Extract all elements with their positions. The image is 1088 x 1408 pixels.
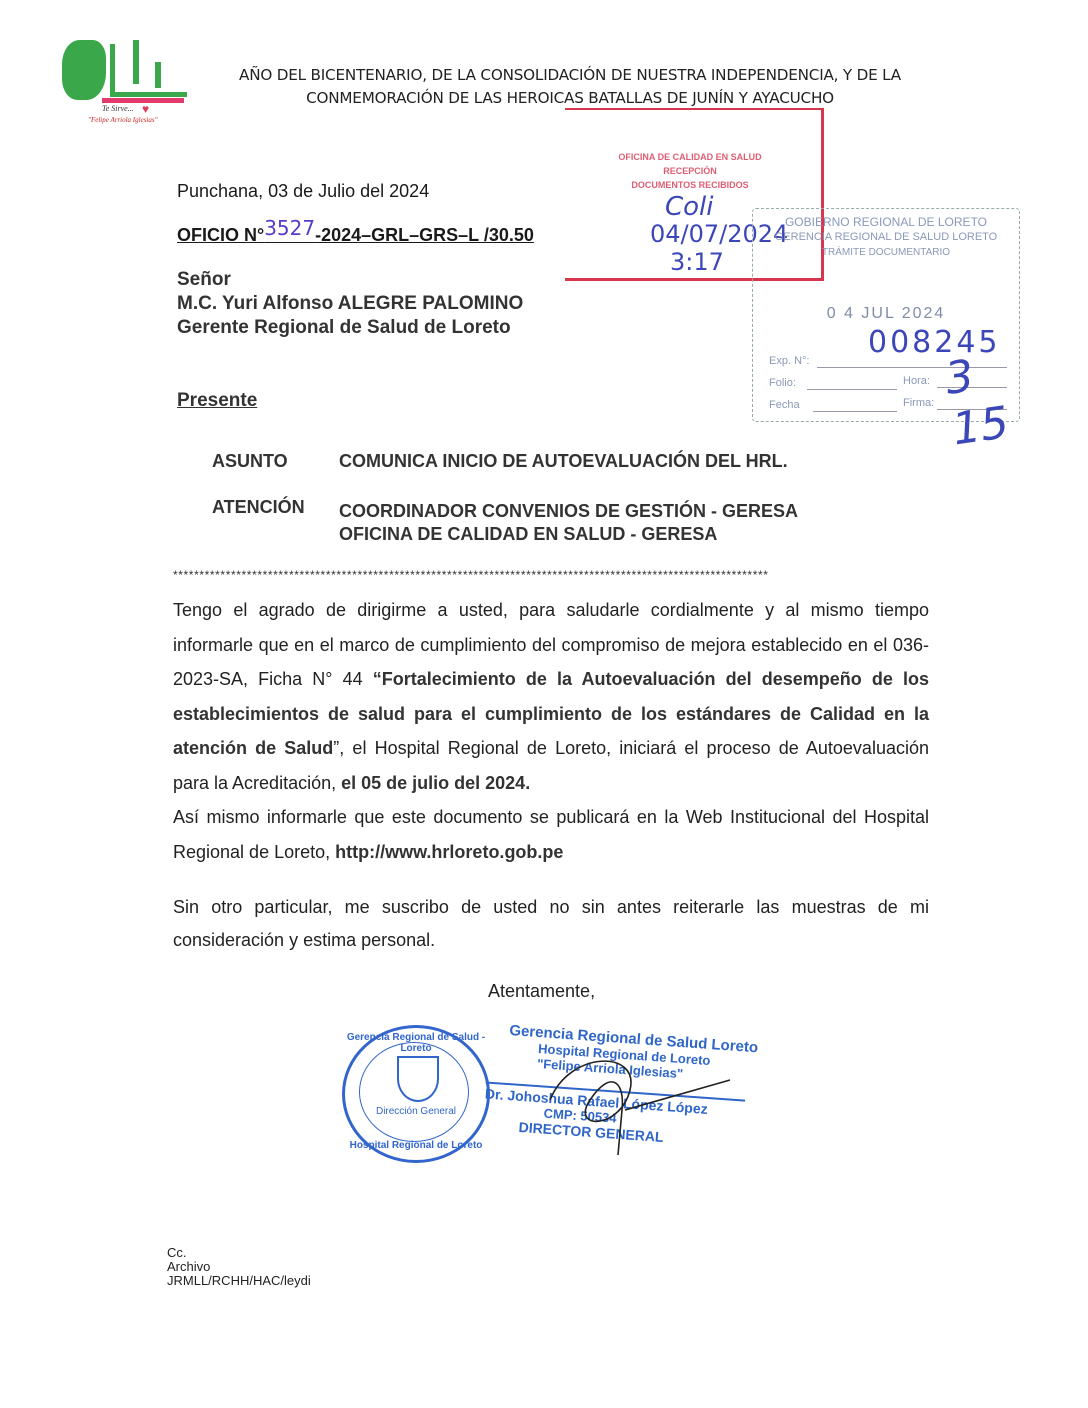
heart-icon: ♥ [142, 102, 149, 116]
intake-stamp-line-2: GERENCIA REGIONAL DE SALUD LORETO [753, 231, 1019, 243]
recipient-block: Señor M.C. Yuri Alfonso ALEGRE PALOMINO … [177, 268, 523, 340]
hora-label: Hora: [903, 375, 930, 387]
fecha-line [813, 411, 897, 412]
year-motto: AÑO DEL BICENTENARIO, DE LA CONSOLIDACIÓ… [190, 64, 950, 110]
letter-date: Punchana, 03 de Julio del 2024 [177, 181, 429, 202]
exp-label: Exp. N°: [769, 355, 809, 367]
presente-heading: Presente [177, 390, 257, 412]
copy-distribution: Cc. Archivo JRMLL/RCHH/HAC/leydi [167, 1246, 311, 1288]
oficio-reference: OFICIO N°3527-2024–GRL–GRS–L /30.50 [177, 222, 534, 246]
oficio-prefix: OFICIO N° [177, 225, 264, 245]
official-round-seal: Gerencia Regional de Salud - Loreto Dire… [342, 1025, 490, 1163]
institutional-website-link[interactable]: http://www.hrloreto.gob.pe [335, 842, 563, 862]
reception-stamp-line-3: DOCUMENTOS RECIBIDOS [565, 180, 815, 190]
handwritten-signature [530, 1040, 750, 1160]
asunto-value: COMUNICA INICIO DE AUTOEVALUACIÓN DEL HR… [339, 451, 788, 472]
recipient-title: Gerente Regional de Salud de Loreto [177, 316, 523, 340]
motto-line-1: AÑO DEL BICENTENARIO, DE LA CONSOLIDACIÓ… [190, 64, 950, 87]
intake-date: 0 4 JUL 2024 [753, 305, 1019, 323]
intake-stamp-line-1: GOBIERNO REGIONAL DE LORETO [753, 215, 1019, 229]
atencion-line-1: COORDINADOR CONVENIOS DE GESTIÓN - GERES… [339, 500, 798, 523]
closing-paragraph: Sin otro particular, me suscribo de uste… [173, 891, 929, 957]
body-paragraph: Tengo el agrado de dirigirme a usted, pa… [173, 593, 929, 869]
reception-stamp-line-1: OFICINA DE CALIDAD EN SALUD [565, 152, 815, 162]
archivo-label: Archivo [167, 1260, 311, 1274]
motto-line-2: CONMEMORACIÓN DE LAS HEROICAS BATALLAS D… [190, 87, 950, 110]
hospital-logo: Te Sirve... ♥ "Felipe Arriola Iglesias" [58, 36, 188, 124]
document-intake-stamp: GOBIERNO REGIONAL DE LORETO GERENCIA REG… [752, 208, 1020, 422]
body-start-date: el 05 de julio del 2024. [341, 773, 530, 793]
oficio-suffix: -2024–GRL–GRS–L /30.50 [315, 225, 534, 245]
hrl-monogram [110, 44, 187, 97]
seal-ring-bottom: Hospital Regional de Loreto [345, 1140, 487, 1151]
reception-stamp-line-2: RECEPCIÓN [565, 166, 815, 176]
firma-label: Firma: [903, 397, 934, 409]
asunto-label: ASUNTO [212, 451, 288, 472]
salutation: Señor [177, 268, 523, 292]
atencion-label: ATENCIÓN [212, 497, 305, 518]
seal-center-text: Dirección General [345, 1106, 487, 1118]
seal-ring-top: Gerencia Regional de Salud - Loreto [345, 1032, 487, 1054]
logo-tagline: Te Sirve... [102, 104, 134, 113]
logo-subtitle: "Felipe Arriola Iglesias" [88, 116, 158, 124]
folio-line [807, 389, 897, 390]
separator-line: ****************************************… [173, 568, 933, 582]
sign-off: Atentamente, [488, 981, 595, 1002]
hospital-logo-icon [62, 40, 106, 100]
handwritten-time: 3:17 [670, 248, 724, 276]
atencion-line-2: OFICINA DE CALIDAD EN SALUD - GERESA [339, 523, 798, 546]
reference-initials: JRMLL/RCHH/HAC/leydi [167, 1274, 311, 1288]
peru-coat-of-arms-icon [397, 1056, 439, 1102]
recipient-name: M.C. Yuri Alfonso ALEGRE PALOMINO [177, 292, 523, 316]
folio-label: Folio: [769, 377, 796, 389]
fecha-label: Fecha [769, 399, 800, 411]
intake-stamp-line-3: TRÁMITE DOCUMENTARIO [753, 247, 1019, 258]
cc-label: Cc. [167, 1246, 311, 1260]
handwritten-signature-note: 3 15 [942, 345, 1026, 456]
atencion-value: COORDINADOR CONVENIOS DE GESTIÓN - GERES… [339, 500, 798, 546]
handwritten-initials: Coli [665, 192, 714, 222]
oficio-number: 3527 [264, 216, 315, 240]
